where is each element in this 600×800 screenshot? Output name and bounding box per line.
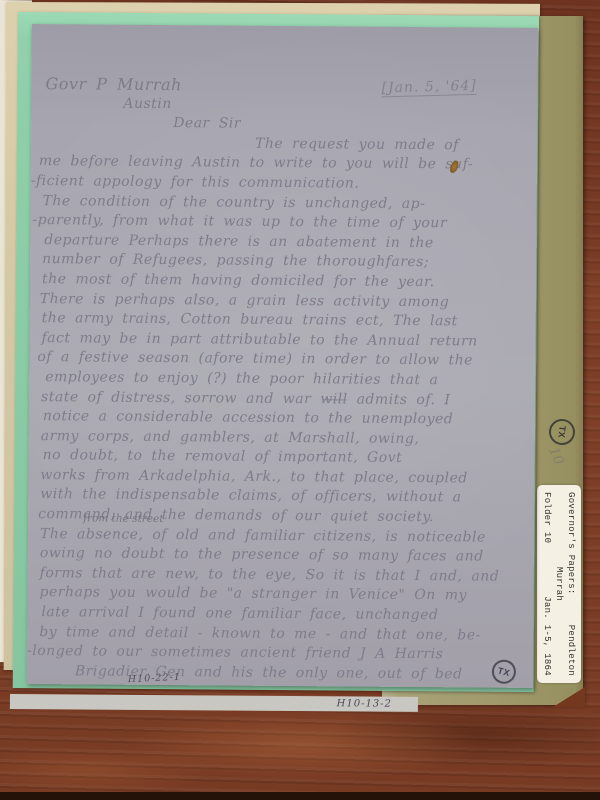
handwriting-line: Dear Sir [173, 114, 537, 136]
label-folder-number: Folder 10 [541, 492, 553, 543]
handwritten-letter-page: Govr P MurrahAustinDear SirThe request y… [27, 24, 538, 688]
handwriting-lines: Govr P MurrahAustinDear SirThe request y… [27, 24, 538, 688]
table-edge-shadow [0, 792, 600, 800]
handwriting-line: The request you made of [255, 135, 537, 157]
label-governor-lastname: Pendleton [565, 625, 577, 676]
photograph-of-archival-letter: TX 10 Governor's Papers: Pendleton Murra… [0, 0, 600, 800]
label-governor-firstname: Murrah [553, 567, 565, 601]
folder-label: Governor's Papers: Pendleton Murrah Fold… [537, 485, 581, 683]
pencil-folder-number: 10 [545, 445, 567, 468]
label-date-range: Jan. 1-5, 1864 [541, 596, 553, 676]
catalog-slip: H10-13-2 [10, 694, 418, 712]
pencil-catalog-code: H10-22-1 [128, 672, 181, 685]
folder-label-text: Governor's Papers: Pendleton Murrah Fold… [537, 485, 581, 683]
label-collection: Governor's Papers: [565, 492, 577, 595]
tx-stamp-folder: TX [548, 418, 577, 447]
archivist-date-annotation: [Jan. 5, '64] [381, 78, 477, 98]
interline-insertion: from the street [83, 512, 163, 525]
